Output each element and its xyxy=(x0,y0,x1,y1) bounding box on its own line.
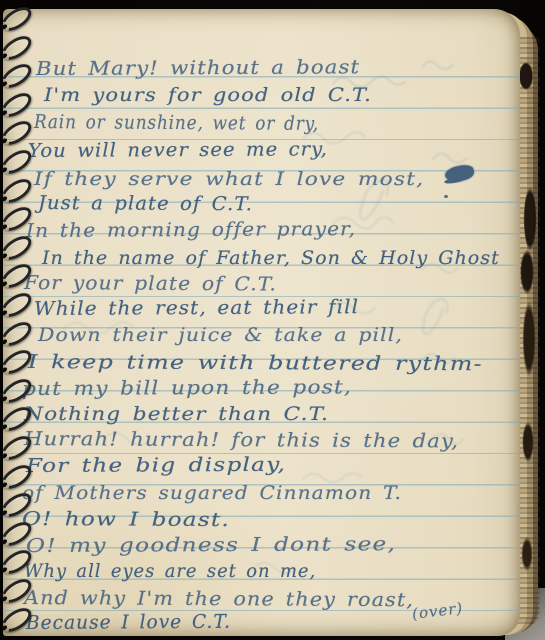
spiral-coil xyxy=(0,31,35,64)
handwriting-line: While the rest, eat their fill xyxy=(34,296,359,320)
ink-dot xyxy=(444,195,448,198)
handwriting-line: Nothing better than C.T. xyxy=(24,403,329,425)
handwriting-line: Why all eyes are set on me, xyxy=(24,560,316,582)
handwriting-line: I keep time with buttered rythm- xyxy=(28,351,483,375)
spiral-coil xyxy=(0,546,35,579)
handwriting-line: You will never see me cry, xyxy=(28,138,328,162)
spiral-coil xyxy=(0,60,35,93)
handwriting-line: For the big display, xyxy=(26,454,286,477)
spiral-coil xyxy=(0,460,35,493)
handwriting-line: Because I love C.T. xyxy=(26,611,231,634)
handwriting-line: In the name of Father, Son & Holy Ghost xyxy=(42,247,500,269)
spiral-coil xyxy=(0,2,35,35)
spiral-coil xyxy=(0,603,35,636)
handwriting-line: O! how I boast. xyxy=(22,508,230,531)
handwriting-line: In the morning offer prayer, xyxy=(26,218,356,242)
handwriting-line: Just a plate of C.T. xyxy=(38,192,253,215)
handwriting-line: But Mary! without a boast xyxy=(36,56,360,80)
notebook-page: But Mary! without a boastI'm yours for g… xyxy=(3,9,520,636)
spiral-coil xyxy=(0,231,35,264)
spiral-coil xyxy=(0,374,35,407)
spiral-coil xyxy=(0,288,35,321)
spiral-coil xyxy=(0,489,35,522)
spiral-coil xyxy=(0,203,35,236)
spiral-coil xyxy=(0,260,35,293)
spiral-coil xyxy=(0,317,35,350)
spiral-coil xyxy=(0,117,35,150)
spiral-coil xyxy=(0,88,35,121)
spiral-coil xyxy=(0,574,35,607)
handwriting-line: O! my goodness I dont see, xyxy=(26,533,396,557)
handwriting-line: Down their juice & take a pill, xyxy=(38,324,403,346)
handwriting-line: And why I'm the one they roast, xyxy=(24,587,414,611)
handwriting-line: put my bill upon the post, xyxy=(22,376,352,400)
handwriting-line: For your plate of C.T. xyxy=(24,272,277,295)
handwriting-line: Rain or sunshine, wet or dry, xyxy=(34,111,319,135)
handwriting-line: I'm yours for good old C.T. xyxy=(44,84,372,106)
handwriting-line: If they serve what I love most, xyxy=(34,168,424,190)
notebook-photo: But Mary! without a boastI'm yours for g… xyxy=(0,0,545,640)
spiral-coil xyxy=(0,174,35,207)
spiral-coil xyxy=(0,431,35,464)
spiral-coil xyxy=(0,145,35,178)
spiral-coil xyxy=(0,517,35,550)
handwriting-line: Hurrah! hurrah! for this is the day, xyxy=(24,428,459,452)
spiral-binding xyxy=(0,0,40,640)
handwriting-line: of Mothers sugared Cinnamon T. xyxy=(22,482,402,504)
spiral-coil xyxy=(0,346,35,379)
spiral-coil xyxy=(0,403,35,436)
